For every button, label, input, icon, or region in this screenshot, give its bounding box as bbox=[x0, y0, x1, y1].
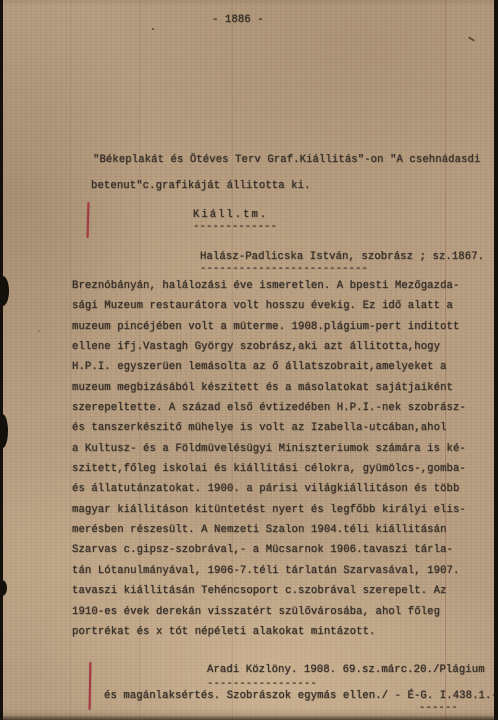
intro-line: betenut"c.grafikáját állitotta ki. bbox=[91, 180, 311, 192]
edge-tear-blob bbox=[0, 414, 8, 448]
reference-underline: ------ bbox=[419, 702, 458, 714]
body-line: tavaszi kiállitásán Tehéncsoport c.szobr… bbox=[72, 581, 466, 601]
body-line: szerepeltette. A század első évtizedében… bbox=[72, 398, 466, 418]
crease-line bbox=[445, 0, 446, 720]
page-edge-right bbox=[494, 0, 498, 720]
body-line: ellene ifj.Vastagh György szobrász,aki a… bbox=[72, 337, 466, 357]
reference-line: és magánlaksértés. Szobrászok egymás ell… bbox=[104, 690, 498, 702]
body-line: Breznóbányán, halálozási éve ismeretlen.… bbox=[72, 276, 466, 296]
section-heading: Kiáll.tm. bbox=[193, 209, 268, 221]
crease-line bbox=[70, 0, 71, 720]
page-edge-left bbox=[0, 0, 3, 720]
body-line: magyar kiállitáson kitüntetést nyert és … bbox=[72, 500, 466, 520]
body-line: 1910-es évek derekán visszatért szülővár… bbox=[72, 602, 466, 622]
edge-tear-blob bbox=[0, 580, 7, 596]
body-line: tán Lótanulmányával, 1906-7.téli tárlatá… bbox=[72, 561, 466, 581]
ink-speck bbox=[152, 28, 154, 30]
body-line: és tanszerkészitő mühelye is volt az Iza… bbox=[72, 418, 466, 438]
intro-line: "Békeplakát és Ötéves Terv Graf.Kiállitá… bbox=[93, 154, 480, 166]
body-line: Szarvas c.gipsz-szobrával,- a Mücsarnok … bbox=[72, 540, 466, 560]
edge-tear-blob bbox=[0, 276, 9, 306]
body-line: portrékat és x tót népéleti alakokat min… bbox=[72, 622, 466, 642]
bio-title-underline: -------------------------- bbox=[200, 263, 368, 275]
ink-speck bbox=[38, 330, 40, 332]
section-heading-underline: ------------- bbox=[193, 221, 277, 233]
ink-speck bbox=[468, 36, 475, 41]
reference-underline: ----------------- bbox=[207, 678, 317, 690]
body-line: szitett,főleg iskolai és kiállitási célo… bbox=[72, 459, 466, 479]
body-line: merésben részesült. A Nemzeti Szalon 190… bbox=[72, 520, 466, 540]
reference-line: Aradi Közlöny. 1908. 69.sz.márc.20./Plág… bbox=[207, 664, 485, 676]
bio-body: Breznóbányán, halálozási éve ismeretlen.… bbox=[72, 276, 466, 642]
scanned-document-page: - 1886 - "Békeplakát és Ötéves Terv Graf… bbox=[0, 0, 498, 720]
body-line: muzeum megbizásából készitett és a másol… bbox=[72, 378, 466, 398]
crease-line bbox=[139, 0, 140, 720]
body-line: muzeum pincéjében volt a müterme. 1908.p… bbox=[72, 317, 466, 337]
crease-line bbox=[232, 0, 233, 720]
body-line: sági Muzeum restaurátora volt hosszu éve… bbox=[72, 296, 466, 316]
body-line: és állatutánzatokat. 1900. a párisi vilá… bbox=[72, 479, 466, 499]
page-number: - 1886 - bbox=[212, 14, 264, 26]
body-line: a Kultusz- és a Földmüvelésügyi Miniszte… bbox=[72, 439, 466, 459]
red-margin-mark bbox=[89, 662, 92, 710]
page-edge-bottom bbox=[0, 715, 498, 720]
red-margin-mark bbox=[87, 202, 90, 238]
body-line: H.P.I. egyszerüen lemásolta az ő állatsz… bbox=[72, 357, 466, 377]
bio-title: Halász-Padlicska István, szobrász ; sz.1… bbox=[200, 251, 484, 263]
